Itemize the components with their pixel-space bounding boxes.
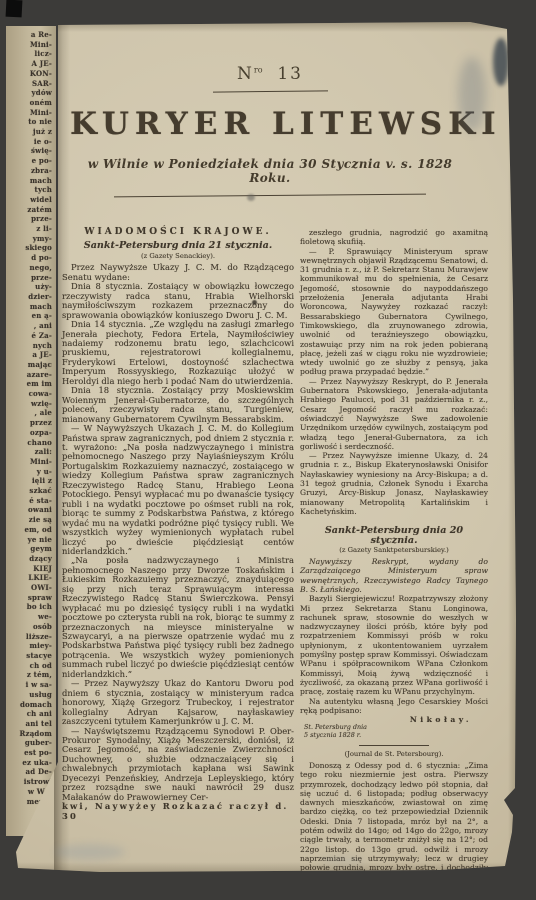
cutoff-text-line: zatém (6, 205, 52, 215)
cutoff-text-line: licz- (6, 49, 52, 59)
text-line: Bazyli Siergiejewiczu! Rozpatrzywszy zło… (300, 594, 488, 696)
binding-tab (6, 0, 23, 17)
cutoff-text-line: widel (6, 195, 52, 205)
cutoff-text-line: ozpa- (6, 428, 52, 438)
cutoff-text-line: Rządom (6, 729, 52, 739)
masthead-rule-long (114, 194, 426, 198)
cutoff-text-line: dzący (6, 554, 52, 564)
cutoff-text-line: é Za- (6, 331, 52, 341)
cutoff-text-line: skiego (6, 243, 52, 253)
cutoff-text-line: istrowi (6, 777, 52, 787)
text-line: — P. Sprawuiący Ministeryum spraw wewnęt… (300, 247, 488, 377)
issue-number-prefix: N (237, 64, 254, 84)
cutoff-text-line: e po- (6, 156, 52, 166)
adjacent-page-edge: a Re-Mini-licz-A JE-KON-SAR-ydówonémMini… (6, 26, 56, 836)
text-line: (z Gazety Sanktpetersburskiey.) (300, 546, 488, 555)
cutoff-text-line: ymy- (6, 234, 52, 244)
cutoff-text-line: ez uka- (6, 758, 52, 768)
cutoff-text-line: em, od (6, 525, 52, 535)
cutoff-text-line: liższe- (6, 632, 52, 642)
cutoff-text-line: mach (6, 176, 52, 186)
cutoff-text-line: uży- (6, 282, 52, 292)
text-line: — Przez Naywyższy Ukaz do Kantoru Dworu … (62, 679, 294, 726)
cutoff-text-line: KON- (6, 69, 52, 79)
text-line: — Przez Naywyższy Reskrypt, do P. Jenera… (300, 377, 488, 451)
column-left: WIADOMOŚCI KRAJOWE.Sankt-Petersburg dnia… (62, 228, 294, 821)
cutoff-text-line: em im (6, 379, 52, 389)
cutoff-text-line: świę- (6, 146, 52, 156)
cutoff-text-line: guber- (6, 738, 52, 748)
text-line: Dnia 8 stycznia. Zostaiący w obowiązku ł… (62, 282, 294, 320)
text-line: zeszłego grudnia, nagrodzić go axamitną … (300, 228, 488, 247)
cutoff-text-line: é sta- (6, 496, 52, 506)
text-line (359, 745, 429, 746)
cutoff-text-line: ie o- (6, 137, 52, 147)
cutoff-text-line: osób (6, 622, 52, 632)
text-line: WIADOMOŚCI KRAJOWE. (62, 228, 294, 237)
cutoff-text-line: zali: (6, 447, 52, 457)
cutoff-text-line: mając (6, 360, 52, 370)
cutoff-text-line: en ą- (6, 311, 52, 321)
text-line: Przez Naywyższe Ukazy J. C. M. do Rządzą… (62, 263, 294, 282)
cutoff-text-line: d po- (6, 253, 52, 263)
scanned-newspaper-screenshot: { "colors": { "background": "#3c3b39", "… (0, 0, 536, 900)
gutter-shadow (54, 22, 70, 874)
newspaper-page: Nro 13 KURYER LITEWSKI w Wilnie w Ponied… (10, 22, 518, 874)
dateline: w Wilnie w Poniedziałek dnia 30 Stycznia… (70, 157, 470, 185)
cutoff-text-line: cowa- (6, 389, 52, 399)
cutoff-text-line: to nie (6, 117, 52, 127)
cutoff-text-line: bo ich (6, 602, 52, 612)
masthead-title: KURYER LITEWSKI (70, 106, 470, 142)
ink-smudge (493, 38, 509, 86)
cutoff-text-line: we- (6, 612, 52, 622)
masthead-rule-short (212, 90, 327, 92)
cutoff-text-line: , ani (6, 321, 52, 331)
cutoff-text-line: azare- (6, 370, 52, 380)
cutoff-text-line: Mini- (6, 108, 52, 118)
cutoff-text-line: a Re- (6, 30, 52, 40)
cutoff-text-line: LKIE- (6, 573, 52, 583)
cutoff-text-line: spraw (6, 593, 52, 603)
cutoff-text-line: ch ani (6, 709, 52, 719)
cutoff-text-line: geym (6, 544, 52, 554)
cutoff-text-line: y u- (6, 467, 52, 477)
cutoff-text-line: KIEJ (6, 564, 52, 574)
issue-number-superscript: ro (254, 65, 263, 74)
cutoff-text-line: OWI- (6, 583, 52, 593)
cutoff-text-line: ad De- (6, 767, 52, 777)
cutoff-text-line: ch od (6, 661, 52, 671)
column-right: zeszłego grudnia, nagrodzić go axamitną … (300, 228, 488, 891)
text-line: Dnia 14 stycznia. „Ze względu na zasługi… (62, 320, 294, 386)
cutoff-text-line: est po- (6, 748, 52, 758)
cutoff-text-line: szkać (6, 486, 52, 496)
text-line: — Przez Naywyższe imienne Ukazy, d. 24 g… (300, 451, 488, 516)
text-line: Naywyższy Reskrypt, wydany do Zarządzaią… (300, 557, 488, 594)
cutoff-text-line: ani tel (6, 719, 52, 729)
cutoff-text-line: dzier- (6, 292, 52, 302)
text-line: — W Naywyższych Ukazach J. C. M. do Koll… (62, 424, 294, 556)
text-line: Na autentyku własną Jego Cesarskiey Mośc… (300, 697, 488, 716)
cutoff-text-line: prze- (6, 214, 52, 224)
cutoff-text-line: ydów (6, 88, 52, 98)
cutoff-text-line: , ale (6, 408, 52, 418)
text-line: kwi, Naywyżey Rozkazać raczył d. 30 (62, 802, 294, 821)
cutoff-text-line: i w sa- (6, 680, 52, 690)
cutoff-text-line: stacye (6, 651, 52, 661)
cutoff-text-line: ye nie (6, 535, 52, 545)
cutoff-text-line: z tém, (6, 670, 52, 680)
cutoff-text-line: prze- (6, 273, 52, 283)
cutoff-text-line: SAR- (6, 79, 52, 89)
cutoff-text-line: A JE- (6, 59, 52, 69)
issue-number: Nro 13 (70, 64, 470, 84)
cutoff-text-line: już z (6, 127, 52, 137)
text-line: — Nayświętszemu Rządzącemu Synodowi P. O… (62, 727, 294, 803)
text-line (300, 516, 488, 523)
issue-number-value: 13 (277, 64, 303, 84)
text-line: 5 stycznia 1828 r. (300, 732, 488, 740)
cutoff-text-line: przez (6, 418, 52, 428)
cutoff-text-line: Mini- (6, 40, 52, 50)
text-line: Sankt-Petersburg dnia 21 stycznia. (62, 241, 294, 250)
text-line: Donoszą z Odessy pod d. 6 stycznia: „Zim… (300, 761, 488, 891)
text-line: Sankt-Petersburg dnia 20 stycznia. (300, 526, 488, 545)
cutoff-text-line: wzię- (6, 399, 52, 409)
text-line: Dnia 18 stycznia. Zostaiący przy Moskiew… (62, 386, 294, 424)
cutoff-text-line: z li- (6, 224, 52, 234)
cutoff-text-line: oném (6, 98, 52, 108)
cutoff-text-line: miey- (6, 641, 52, 651)
cutoff-text-line: Mini- (6, 457, 52, 467)
cutoff-text-line: usług (6, 690, 52, 700)
cutoff-text-line: zbra- (6, 166, 52, 176)
text-line: „Na posła nadzwyczaynego i Ministra pełn… (62, 556, 294, 679)
text-line: (z Gazety Senackiey). (62, 252, 294, 261)
bottom-edge-shadow (10, 862, 518, 874)
cutoff-text-line: tych (6, 185, 52, 195)
cutoff-text-line: nego, (6, 263, 52, 273)
cutoff-text-line: ięli z (6, 476, 52, 486)
top-edge-shadow (10, 22, 518, 32)
cutoff-text-line: chano (6, 438, 52, 448)
cutoff-text-line: domach (6, 700, 52, 710)
cutoff-text-line: nych (6, 341, 52, 351)
cutoff-text-line: zie są (6, 515, 52, 525)
cutoff-text-line: owani (6, 505, 52, 515)
right-edge-shadow (508, 22, 518, 874)
masthead: Nro 13 KURYER LITEWSKI w Wilnie w Ponied… (70, 22, 470, 196)
cutoff-text-line: a JE- (6, 350, 52, 360)
cutoff-text-line: mach (6, 302, 52, 312)
text-line: (Journal de St. Petersbourg). (300, 750, 488, 759)
